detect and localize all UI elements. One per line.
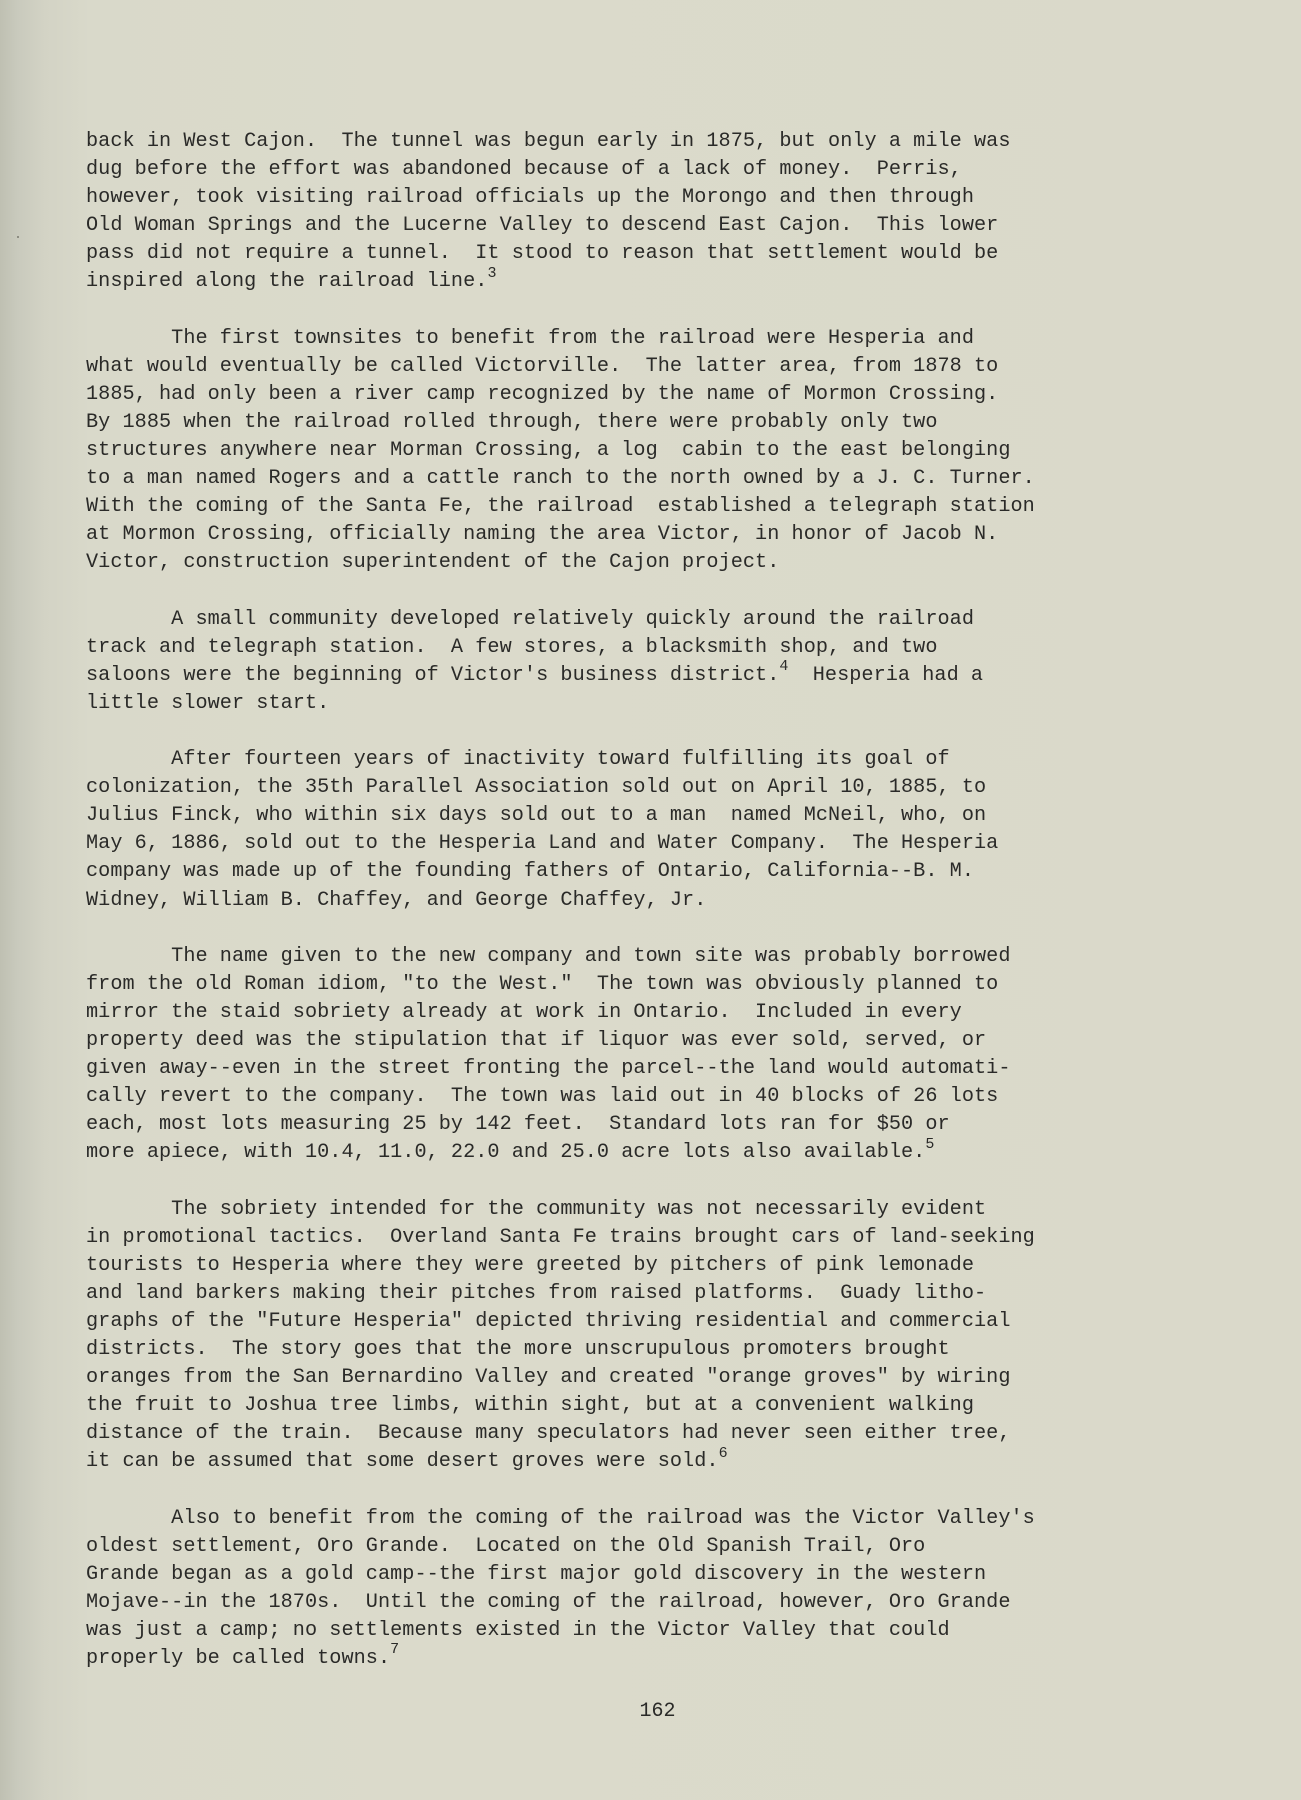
scan-speck: [17, 236, 19, 238]
text-line: pass did not require a tunnel. It stood …: [86, 240, 1286, 268]
line-text: The sobriety intended for the community …: [86, 1198, 986, 1221]
line-text: districts. The story goes that the more …: [86, 1338, 950, 1361]
text-line: inspired along the railroad line.3: [86, 268, 1286, 296]
line-text: May 6, 1886, sold out to the Hesperia La…: [86, 832, 998, 855]
line-text: Widney, William B. Chaffey, and George C…: [86, 889, 706, 912]
paragraph: back in West Cajon. The tunnel was begun…: [86, 128, 1286, 297]
line-text: pass did not require a tunnel. It stood …: [86, 242, 998, 265]
line-text: cally revert to the company. The town wa…: [86, 1085, 998, 1108]
text-line: property deed was the stipulation that i…: [86, 1027, 1286, 1055]
line-text: each, most lots measuring 25 by 142 feet…: [86, 1113, 950, 1136]
text-line: After fourteen years of inactivity towar…: [86, 746, 1286, 774]
line-text: graphs of the "Future Hesperia" depicted…: [86, 1310, 1011, 1333]
paragraph: The first townsites to benefit from the …: [86, 325, 1286, 578]
line-text: what would eventually be called Victorvi…: [86, 355, 998, 378]
text-line: back in West Cajon. The tunnel was begun…: [86, 128, 1286, 156]
footnote-reference: 4: [779, 658, 788, 675]
text-line: company was made up of the founding fath…: [86, 858, 1286, 886]
line-text: from the old Roman idiom, "to the West."…: [86, 973, 998, 996]
paragraph: After fourteen years of inactivity towar…: [86, 746, 1286, 915]
text-line: A small community developed relatively q…: [86, 606, 1286, 634]
text-line: at Mormon Crossing, officially naming th…: [86, 521, 1286, 549]
line-text: track and telegraph station. A few store…: [86, 636, 938, 659]
text-line: Widney, William B. Chaffey, and George C…: [86, 887, 1286, 915]
text-line: the fruit to Joshua tree limbs, within s…: [86, 1392, 1286, 1420]
line-text: colonization, the 35th Parallel Associat…: [86, 776, 986, 799]
line-text: the fruit to Joshua tree limbs, within s…: [86, 1394, 974, 1417]
line-text: Julius Finck, who within six days sold o…: [86, 804, 986, 827]
line-text: property deed was the stipulation that i…: [86, 1029, 986, 1052]
text-line: The name given to the new company and to…: [86, 943, 1286, 971]
line-text: back in West Cajon. The tunnel was begun…: [86, 130, 1011, 153]
text-line: each, most lots measuring 25 by 142 feet…: [86, 1111, 1286, 1139]
line-text: given away--even in the street fronting …: [86, 1057, 1011, 1080]
text-line: Grande began as a gold camp--the first m…: [86, 1561, 1286, 1589]
text-line: Mojave--in the 1870s. Until the coming o…: [86, 1589, 1286, 1617]
text-line: Also to benefit from the coming of the r…: [86, 1505, 1286, 1533]
line-text: to a man named Rogers and a cattle ranch…: [86, 467, 1035, 490]
text-line: track and telegraph station. A few store…: [86, 634, 1286, 662]
paragraph: Also to benefit from the coming of the r…: [86, 1505, 1286, 1674]
footnote-reference: 7: [390, 1641, 399, 1658]
text-line: Victor, construction superintendent of t…: [86, 549, 1286, 577]
line-text: mirror the staid sobriety already at wor…: [86, 1001, 962, 1024]
text-line: dug before the effort was abandoned beca…: [86, 156, 1286, 184]
text-line: was just a camp; no settlements existed …: [86, 1617, 1286, 1645]
line-text: company was made up of the founding fath…: [86, 860, 974, 883]
line-text: and land barkers making their pitches fr…: [86, 1282, 986, 1305]
line-text: properly be called towns.: [86, 1647, 390, 1670]
text-line: 1885, had only been a river camp recogni…: [86, 381, 1286, 409]
line-text: at Mormon Crossing, officially naming th…: [86, 523, 998, 546]
line-text: A small community developed relatively q…: [86, 608, 974, 631]
footnote-reference: 3: [487, 265, 496, 282]
text-line: The first townsites to benefit from the …: [86, 325, 1286, 353]
text-line: graphs of the "Future Hesperia" depicted…: [86, 1308, 1286, 1336]
line-text: more apiece, with 10.4, 11.0, 22.0 and 2…: [86, 1141, 925, 1164]
text-line: colonization, the 35th Parallel Associat…: [86, 774, 1286, 802]
text-line: districts. The story goes that the more …: [86, 1336, 1286, 1364]
text-line: mirror the staid sobriety already at wor…: [86, 999, 1286, 1027]
line-text: Also to benefit from the coming of the r…: [86, 1507, 1035, 1530]
paragraph: The name given to the new company and to…: [86, 943, 1286, 1168]
footnote-reference: 5: [925, 1136, 934, 1153]
line-text: Grande began as a gold camp--the first m…: [86, 1563, 986, 1586]
line-text: was just a camp; no settlements existed …: [86, 1619, 950, 1642]
footnote-reference: 6: [719, 1445, 728, 1462]
line-text: oldest settlement, Oro Grande. Located o…: [86, 1535, 925, 1558]
paragraph: The sobriety intended for the community …: [86, 1196, 1286, 1477]
text-line: properly be called towns.7: [86, 1645, 1286, 1673]
text-line: oldest settlement, Oro Grande. Located o…: [86, 1533, 1286, 1561]
text-line: however, took visiting railroad official…: [86, 184, 1286, 212]
line-text: saloons were the beginning of Victor's b…: [86, 664, 779, 687]
text-line: to a man named Rogers and a cattle ranch…: [86, 465, 1286, 493]
line-text: By 1885 when the railroad rolled through…: [86, 411, 938, 434]
line-text: Victor, construction superintendent of t…: [86, 551, 779, 574]
line-text: Mojave--in the 1870s. Until the coming o…: [86, 1591, 1011, 1614]
text-line: cally revert to the company. The town wa…: [86, 1083, 1286, 1111]
line-text: oranges from the San Bernardino Valley a…: [86, 1366, 1011, 1389]
line-text: Old Woman Springs and the Lucerne Valley…: [86, 214, 998, 237]
line-text: it can be assumed that some desert grove…: [86, 1450, 719, 1473]
line-text: The name given to the new company and to…: [86, 945, 1011, 968]
line-text: With the coming of the Santa Fe, the rai…: [86, 495, 1035, 518]
line-text-continued: Hesperia had a: [788, 664, 983, 687]
line-text: After fourteen years of inactivity towar…: [86, 748, 950, 771]
line-text: distance of the train. Because many spec…: [86, 1422, 1011, 1445]
text-line: from the old Roman idiom, "to the West."…: [86, 971, 1286, 999]
text-line: With the coming of the Santa Fe, the rai…: [86, 493, 1286, 521]
line-text: however, took visiting railroad official…: [86, 186, 974, 209]
text-line: tourists to Hesperia where they were gre…: [86, 1252, 1286, 1280]
text-line: structures anywhere near Morman Crossing…: [86, 437, 1286, 465]
text-line: more apiece, with 10.4, 11.0, 22.0 and 2…: [86, 1139, 1286, 1167]
line-text: inspired along the railroad line.: [86, 270, 487, 293]
text-line: Julius Finck, who within six days sold o…: [86, 802, 1286, 830]
text-line: given away--even in the street fronting …: [86, 1055, 1286, 1083]
text-line: The sobriety intended for the community …: [86, 1196, 1286, 1224]
text-line: what would eventually be called Victorvi…: [86, 353, 1286, 381]
document-body: back in West Cajon. The tunnel was begun…: [86, 128, 1286, 1701]
line-text: dug before the effort was abandoned beca…: [86, 158, 962, 181]
line-text: little slower start.: [86, 692, 329, 715]
text-line: and land barkers making their pitches fr…: [86, 1280, 1286, 1308]
line-text: in promotional tactics. Overland Santa F…: [86, 1226, 1035, 1249]
line-text: 1885, had only been a river camp recogni…: [86, 383, 998, 406]
text-line: distance of the train. Because many spec…: [86, 1420, 1286, 1448]
text-line: saloons were the beginning of Victor's b…: [86, 662, 1286, 690]
text-line: May 6, 1886, sold out to the Hesperia La…: [86, 830, 1286, 858]
text-line: in promotional tactics. Overland Santa F…: [86, 1224, 1286, 1252]
text-line: little slower start.: [86, 690, 1286, 718]
line-text: tourists to Hesperia where they were gre…: [86, 1254, 974, 1277]
line-text: The first townsites to benefit from the …: [86, 327, 974, 350]
paragraph: A small community developed relatively q…: [86, 606, 1286, 718]
text-line: oranges from the San Bernardino Valley a…: [86, 1364, 1286, 1392]
line-text: structures anywhere near Morman Crossing…: [86, 439, 1011, 462]
page-number: 162: [0, 1700, 1301, 1723]
text-line: By 1885 when the railroad rolled through…: [86, 409, 1286, 437]
text-line: it can be assumed that some desert grove…: [86, 1448, 1286, 1476]
text-line: Old Woman Springs and the Lucerne Valley…: [86, 212, 1286, 240]
